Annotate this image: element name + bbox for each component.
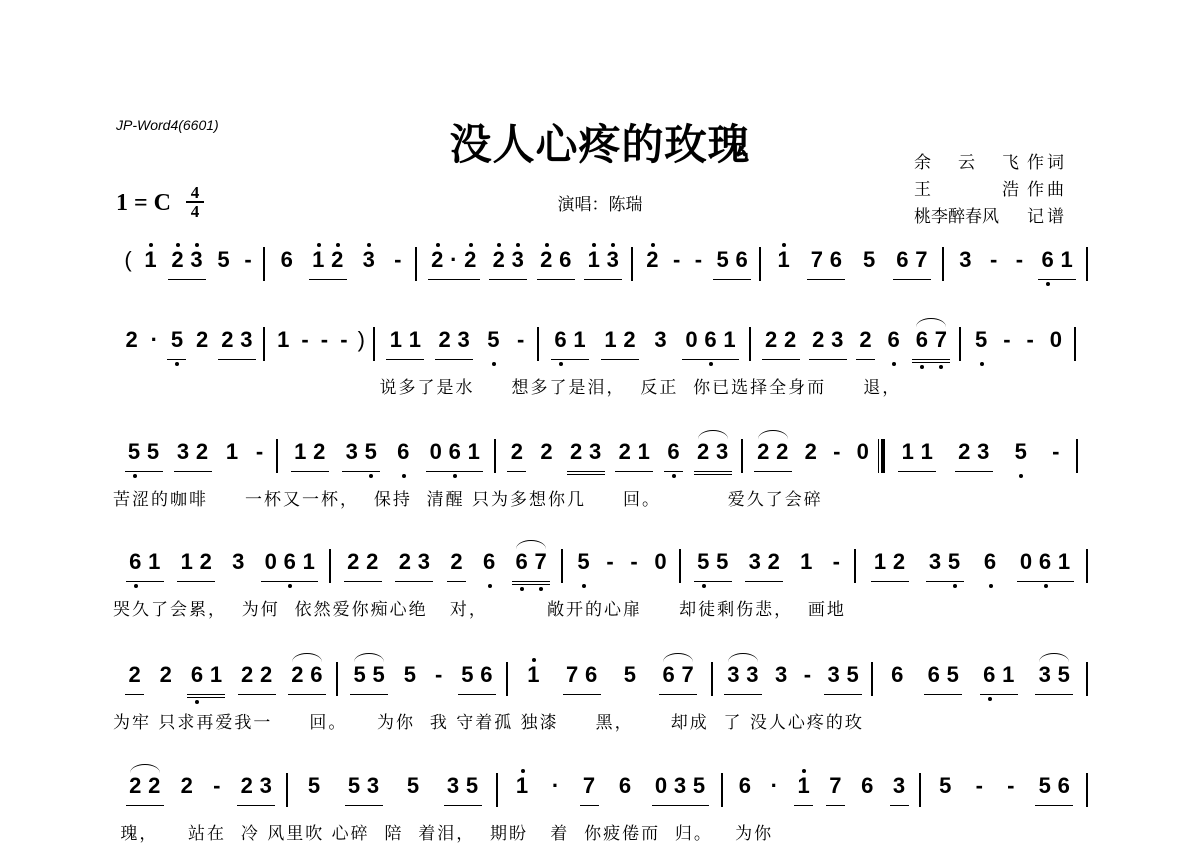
note: 0 bbox=[853, 437, 872, 467]
dash-extension: - bbox=[972, 771, 986, 801]
note: 6 bbox=[551, 325, 570, 355]
note: 3 bbox=[364, 771, 383, 801]
note: 5 bbox=[350, 660, 369, 690]
eighth-note-group: 22 bbox=[762, 325, 800, 360]
note: 1 bbox=[299, 547, 318, 577]
note: 6 bbox=[981, 547, 1000, 577]
sixteenth-note-group: 23 bbox=[694, 437, 732, 475]
note: 7 bbox=[912, 245, 931, 275]
note: 6 bbox=[187, 660, 206, 690]
note: 1 bbox=[871, 547, 890, 577]
sixteenth-note-group: 67 bbox=[512, 547, 550, 585]
note: 3 bbox=[956, 245, 975, 275]
note: 6 bbox=[280, 547, 299, 577]
eighth-note-group: 35 bbox=[444, 771, 482, 806]
note: 3 bbox=[926, 547, 945, 577]
note: 1 bbox=[145, 547, 164, 577]
note: 2 bbox=[856, 325, 875, 355]
measure: 55321- bbox=[113, 437, 278, 483]
note: 2 bbox=[344, 547, 363, 577]
note: 5 bbox=[1011, 437, 1030, 467]
note: 3 bbox=[229, 547, 248, 577]
dash-extension: - bbox=[829, 547, 843, 577]
note: 3 bbox=[745, 547, 764, 577]
dash-extension: - bbox=[514, 325, 528, 355]
measure: 6123- bbox=[265, 245, 417, 291]
measure-row: (1235-6123-2·22326132--561765673--61 bbox=[113, 245, 1088, 291]
measure: 2--56 bbox=[633, 245, 761, 291]
note: 1 bbox=[794, 771, 813, 801]
eighth-note-group: 22 bbox=[754, 437, 792, 472]
dash-extension: - bbox=[1049, 437, 1063, 467]
eighth-note-group: 55 bbox=[350, 660, 388, 695]
eighth-note-group: 32 bbox=[174, 437, 212, 472]
note: 2 bbox=[238, 660, 257, 690]
dash-extension: - bbox=[830, 437, 844, 467]
note: 1 bbox=[570, 325, 589, 355]
note: 2 bbox=[461, 245, 480, 275]
barline bbox=[1074, 327, 1076, 361]
note: 2 bbox=[615, 437, 634, 467]
note: 3 bbox=[586, 437, 605, 467]
measure: 333-35 bbox=[713, 660, 873, 706]
dash-extension: - bbox=[1023, 325, 1037, 355]
measure-row: 2·52231---)11235-61123061222326675--0 bbox=[113, 325, 1088, 371]
eighth-note-group: 7 bbox=[826, 771, 845, 806]
note: 2 bbox=[125, 660, 144, 690]
note: 6 bbox=[924, 660, 943, 690]
note: 1 bbox=[291, 437, 310, 467]
augmentation-dot: · bbox=[549, 771, 563, 801]
note: 2 bbox=[428, 245, 447, 275]
note: 3 bbox=[256, 771, 275, 801]
eighth-note-group: 061 bbox=[261, 547, 318, 582]
dash-extension: - bbox=[241, 245, 255, 275]
eighth-note-group: 67 bbox=[893, 245, 931, 280]
note: 2 bbox=[435, 325, 454, 355]
score-line: 2·52231---)11235-61123061222326675--0 说多… bbox=[113, 325, 1088, 405]
measure: 55321- bbox=[681, 547, 856, 593]
note: 2 bbox=[489, 245, 508, 275]
eighth-note-group: 35 bbox=[824, 660, 862, 695]
note: 2 bbox=[237, 771, 256, 801]
note: 6 bbox=[735, 771, 754, 801]
slur-arc bbox=[130, 764, 160, 773]
eighth-note-group: 061 bbox=[1017, 547, 1074, 582]
eighth-note-group: 23 bbox=[955, 437, 993, 472]
eighth-note-group: 23 bbox=[218, 325, 256, 360]
eighth-note-group: 53 bbox=[345, 771, 383, 806]
note: 6 bbox=[884, 325, 903, 355]
lyrics-line bbox=[113, 293, 1088, 319]
note: 0 bbox=[1046, 325, 1065, 355]
note: 6 bbox=[701, 325, 720, 355]
note: 2 bbox=[890, 547, 909, 577]
measure: 22232667 bbox=[331, 547, 563, 593]
note: 1 bbox=[634, 437, 653, 467]
eighth-note-group: 67 bbox=[659, 660, 697, 695]
note: 7 bbox=[580, 771, 599, 801]
note: 3 bbox=[828, 325, 847, 355]
note: 2 bbox=[257, 660, 276, 690]
note: 5 bbox=[458, 660, 477, 690]
note: 6 bbox=[512, 547, 531, 577]
note: 1 bbox=[720, 325, 739, 355]
note: 5 bbox=[369, 660, 388, 690]
note: 2 bbox=[537, 437, 556, 467]
eighth-note-group: 13 bbox=[584, 245, 622, 280]
measure: 61123061 bbox=[113, 547, 331, 593]
lyrics-line: 苦涩的咖啡 一杯又一杯， 保持 清醒 只为多想你几 回。 爱久了会碎 bbox=[113, 485, 1088, 511]
note: 6 bbox=[1038, 245, 1057, 275]
lyrics-line: 说多了是水 想多了是泪， 反正 你已选择全身而 退， bbox=[113, 373, 1088, 399]
note: 1 bbox=[774, 245, 793, 275]
eighth-note-group: 2 bbox=[447, 547, 466, 582]
score-line: 55321-12356061222321623222-011235-苦涩的咖啡 … bbox=[113, 437, 1088, 517]
eighth-note-group: 32 bbox=[745, 547, 783, 582]
note: 1 bbox=[584, 245, 603, 275]
measure: 6656135 bbox=[873, 660, 1088, 706]
note: 7 bbox=[563, 660, 582, 690]
note: 2 bbox=[122, 325, 141, 355]
eighth-note-group: 33 bbox=[724, 660, 762, 695]
score-line: 22612226555-56176567333-356656135为牢 只求再爱… bbox=[113, 660, 1088, 740]
eighth-note-group: 21 bbox=[615, 437, 653, 472]
note: 3 bbox=[508, 245, 527, 275]
note: 1 bbox=[797, 547, 816, 577]
note: 2 bbox=[145, 771, 164, 801]
eighth-note-group: 22 bbox=[344, 547, 382, 582]
eighth-note-group: 76 bbox=[563, 660, 601, 695]
note: 6 bbox=[912, 325, 931, 355]
slur-arc bbox=[728, 653, 758, 662]
note: 0 bbox=[682, 325, 701, 355]
note: 6 bbox=[126, 547, 145, 577]
note: 5 bbox=[404, 771, 423, 801]
note: 2 bbox=[168, 245, 187, 275]
note: 1 bbox=[464, 437, 483, 467]
note: 7 bbox=[826, 771, 845, 801]
note: 3 bbox=[890, 771, 909, 801]
eighth-note-group: 23 bbox=[809, 325, 847, 360]
note: 6 bbox=[980, 660, 999, 690]
note: 1 bbox=[999, 660, 1018, 690]
measure-row: 222-235535351·760356·17635--56 bbox=[113, 771, 1088, 817]
eighth-note-group: 61 bbox=[1038, 245, 1076, 280]
note: 5 bbox=[484, 325, 503, 355]
note: 2 bbox=[773, 437, 792, 467]
note: 0 bbox=[426, 437, 445, 467]
note: 5 bbox=[972, 325, 991, 355]
dash-extension: - bbox=[1004, 771, 1018, 801]
measure: 6·1763 bbox=[723, 771, 921, 817]
note: 5 bbox=[305, 771, 324, 801]
note: 2 bbox=[193, 325, 212, 355]
note: 1 bbox=[177, 547, 196, 577]
note: 3 bbox=[651, 325, 670, 355]
eighth-note-group: 61 bbox=[126, 547, 164, 582]
eighth-note-group: 061 bbox=[682, 325, 739, 360]
note: 7 bbox=[678, 660, 697, 690]
eighth-note-group: 2·2 bbox=[428, 245, 480, 280]
open-paren: ( bbox=[123, 245, 133, 275]
note: 3 bbox=[414, 547, 433, 577]
barline bbox=[1076, 439, 1078, 473]
note: 5 bbox=[463, 771, 482, 801]
note: 5 bbox=[574, 547, 593, 577]
eighth-note-group: 35 bbox=[926, 547, 964, 582]
transcriber-credit: 桃李醉春风 记谱 bbox=[914, 204, 1087, 231]
note: 5 bbox=[713, 547, 732, 577]
note: 0 bbox=[261, 547, 280, 577]
note: 3 bbox=[671, 771, 690, 801]
measure: (1235- bbox=[113, 245, 265, 291]
barline bbox=[1086, 549, 1088, 583]
dash-extension: - bbox=[987, 245, 1001, 275]
eighth-note-group: 1 bbox=[794, 771, 813, 806]
dash-extension: - bbox=[627, 547, 641, 577]
note: 2 bbox=[156, 660, 175, 690]
eighth-note-group: 6 bbox=[664, 437, 683, 472]
barline bbox=[1086, 662, 1088, 696]
slur-arc bbox=[698, 430, 728, 439]
sixteenth-note-group: 23 bbox=[567, 437, 605, 475]
note: 2 bbox=[809, 325, 828, 355]
note: 6 bbox=[1036, 547, 1055, 577]
eighth-note-group: 12 bbox=[601, 325, 639, 360]
note: 6 bbox=[888, 660, 907, 690]
note: 3 bbox=[603, 245, 622, 275]
slur-arc bbox=[1039, 653, 1069, 662]
eighth-note-group: 11 bbox=[898, 437, 936, 472]
note: 2 bbox=[507, 437, 526, 467]
eighth-note-group: 26 bbox=[537, 245, 575, 280]
note: 5 bbox=[843, 660, 862, 690]
eighth-note-group: 35 bbox=[1035, 660, 1073, 695]
barline bbox=[1086, 247, 1088, 281]
note: 2 bbox=[363, 547, 382, 577]
note: 5 bbox=[620, 660, 639, 690]
measure: 11235- bbox=[375, 325, 539, 371]
note: 2 bbox=[762, 325, 781, 355]
note: 1 bbox=[141, 245, 160, 275]
measure: 12356061 bbox=[278, 437, 496, 483]
note: 6 bbox=[582, 660, 601, 690]
note: 2 bbox=[781, 325, 800, 355]
note: 5 bbox=[694, 547, 713, 577]
eighth-note-group: 26 bbox=[288, 660, 326, 695]
note: 2 bbox=[801, 437, 820, 467]
measure: 61123061 bbox=[539, 325, 751, 371]
note: 2 bbox=[177, 771, 196, 801]
measure: 12356061 bbox=[856, 547, 1088, 593]
note: 2 bbox=[694, 437, 713, 467]
note: 2 bbox=[328, 245, 347, 275]
eighth-note-group: 12 bbox=[309, 245, 347, 280]
eighth-note-group: 12 bbox=[871, 547, 909, 582]
note: 5 bbox=[400, 660, 419, 690]
augmentation-dot: · bbox=[767, 771, 781, 801]
note: 6 bbox=[445, 437, 464, 467]
close-paren: ) bbox=[356, 325, 366, 355]
note: 2 bbox=[218, 325, 237, 355]
sixteenth-note-group: 67 bbox=[912, 325, 950, 363]
note: 2 bbox=[620, 325, 639, 355]
barline bbox=[1086, 773, 1088, 807]
score-line: 222-235535351·760356·17635--56 瑰， 站在 冷 风… bbox=[113, 771, 1088, 850]
note: 6 bbox=[477, 660, 496, 690]
dash-extension: - bbox=[1000, 325, 1014, 355]
measure: 176567 bbox=[761, 245, 944, 291]
measure: 5--0 bbox=[563, 547, 681, 593]
note: 5 bbox=[361, 437, 380, 467]
note: 5 bbox=[690, 771, 709, 801]
note: 5 bbox=[943, 660, 962, 690]
note: 2 bbox=[643, 245, 662, 275]
measure: 222-23 bbox=[113, 771, 288, 817]
lyrics-line: 哭久了会累， 为何 依然爱你痴心绝 对， 敞开的心扉 却徒剩伤悲， 画地 bbox=[113, 595, 1088, 621]
note: 5 bbox=[167, 325, 186, 355]
measure-row: 61123061222326675--055321-12356061 bbox=[113, 547, 1088, 593]
note: 5 bbox=[144, 437, 163, 467]
measure: 5--56 bbox=[921, 771, 1088, 817]
note: 3 bbox=[359, 245, 378, 275]
eighth-note-group: 7 bbox=[580, 771, 599, 806]
eighth-note-group: 22 bbox=[238, 660, 276, 695]
note: 0 bbox=[1017, 547, 1036, 577]
note: 6 bbox=[277, 245, 296, 275]
note: 2 bbox=[196, 547, 215, 577]
note: 1 bbox=[206, 660, 225, 690]
lyrics-line: 为牢 只求再爱我一 回。 为你 我 守着孤 独漆 黑， 却成 了 没人心疼的玫 bbox=[113, 708, 1088, 734]
eighth-note-group: 65 bbox=[924, 660, 962, 695]
eighth-note-group: 2 bbox=[507, 437, 526, 472]
note: 5 bbox=[214, 245, 233, 275]
eighth-note-group: 5 bbox=[167, 325, 186, 360]
note: 6 bbox=[307, 660, 326, 690]
dash-extension: - bbox=[691, 245, 705, 275]
dash-extension: - bbox=[603, 547, 617, 577]
note: 2 bbox=[395, 547, 414, 577]
measure: 2·2232613 bbox=[417, 245, 633, 291]
note: 2 bbox=[126, 771, 145, 801]
sixteenth-note-group: 61 bbox=[187, 660, 225, 698]
eighth-note-group: 56 bbox=[713, 245, 751, 280]
dash-extension: - bbox=[391, 245, 405, 275]
credits-block: 余 云 飞 作词 王 浩 作曲 桃李醉春风 记谱 bbox=[914, 150, 1087, 231]
note: 2 bbox=[754, 437, 773, 467]
eighth-note-group: 2 bbox=[856, 325, 875, 360]
eighth-note-group: 23 bbox=[489, 245, 527, 280]
note: 2 bbox=[537, 245, 556, 275]
note: 1 bbox=[513, 771, 532, 801]
note: 7 bbox=[807, 245, 826, 275]
slur-arc bbox=[758, 430, 788, 439]
eighth-note-group: 23 bbox=[168, 245, 206, 280]
note: 3 bbox=[772, 660, 791, 690]
note: 5 bbox=[713, 245, 732, 275]
slur-arc bbox=[292, 653, 322, 662]
note: 1 bbox=[1057, 245, 1076, 275]
dash-extension: - bbox=[253, 437, 267, 467]
eighth-note-group: 23 bbox=[435, 325, 473, 360]
eighth-note-group: 61 bbox=[980, 660, 1018, 695]
note: 7 bbox=[931, 325, 950, 355]
note: 3 bbox=[174, 437, 193, 467]
measure: 2·5223 bbox=[113, 325, 265, 371]
note: 1 bbox=[1055, 547, 1074, 577]
eighth-note-group: 22 bbox=[126, 771, 164, 806]
note: 0 bbox=[652, 771, 671, 801]
measure: 11235- bbox=[883, 437, 1078, 483]
eighth-note-group: 56 bbox=[1035, 771, 1073, 806]
score-line: 61123061222326675--055321-12356061哭久了会累，… bbox=[113, 547, 1088, 627]
eighth-note-group: 23 bbox=[395, 547, 433, 582]
note: 3 bbox=[724, 660, 743, 690]
note: 1 bbox=[405, 325, 424, 355]
dash-extension: - bbox=[298, 325, 312, 355]
note: 3 bbox=[237, 325, 256, 355]
measure: 222-0 bbox=[743, 437, 883, 483]
note: 1 bbox=[524, 660, 543, 690]
note: 3 bbox=[1035, 660, 1054, 690]
lyricist-credit: 余 云 飞 作词 bbox=[914, 150, 1087, 177]
eighth-note-group: 035 bbox=[652, 771, 709, 806]
eighth-note-group: 61 bbox=[551, 325, 589, 360]
lyrics-line: 瑰， 站在 冷 风里吹 心碎 陪 着泪， 期盼 着 你疲倦而 归。 为你 bbox=[113, 819, 1088, 845]
note: 3 bbox=[824, 660, 843, 690]
note: 1 bbox=[601, 325, 620, 355]
composer-credit: 王 浩 作曲 bbox=[914, 177, 1087, 204]
note: 6 bbox=[480, 547, 499, 577]
note: 3 bbox=[713, 437, 732, 467]
note: 2 bbox=[193, 437, 212, 467]
eighth-note-group: 55 bbox=[125, 437, 163, 472]
note: 6 bbox=[556, 245, 575, 275]
note: 5 bbox=[936, 771, 955, 801]
note: 1 bbox=[274, 325, 293, 355]
eighth-note-group: 12 bbox=[291, 437, 329, 472]
measure-row: 55321-12356061222321623222-011235- bbox=[113, 437, 1088, 483]
note: 3 bbox=[974, 437, 993, 467]
note: 3 bbox=[743, 660, 762, 690]
note: 5 bbox=[345, 771, 364, 801]
eighth-note-group: 12 bbox=[177, 547, 215, 582]
measure: 553535 bbox=[288, 771, 498, 817]
dash-extension: - bbox=[670, 245, 684, 275]
note: 0 bbox=[651, 547, 670, 577]
note: 1 bbox=[917, 437, 936, 467]
note: 3 bbox=[454, 325, 473, 355]
note: 5 bbox=[860, 245, 879, 275]
eighth-note-group: 23 bbox=[237, 771, 275, 806]
note: 6 bbox=[664, 437, 683, 467]
note: 6 bbox=[1054, 771, 1073, 801]
slur-arc bbox=[663, 653, 693, 662]
note: 1 bbox=[223, 437, 242, 467]
slur-arc bbox=[516, 540, 546, 549]
measure: 5--0 bbox=[961, 325, 1076, 371]
eighth-note-group: 35 bbox=[342, 437, 380, 472]
eighth-note-group: 11 bbox=[386, 325, 424, 360]
measure: 22232667 bbox=[751, 325, 961, 371]
note: 6 bbox=[732, 245, 751, 275]
measure: 1---) bbox=[265, 325, 375, 371]
eighth-note-group: 56 bbox=[458, 660, 496, 695]
note: 1 bbox=[386, 325, 405, 355]
note: 3 bbox=[187, 245, 206, 275]
eighth-note-group: 76 bbox=[807, 245, 845, 280]
